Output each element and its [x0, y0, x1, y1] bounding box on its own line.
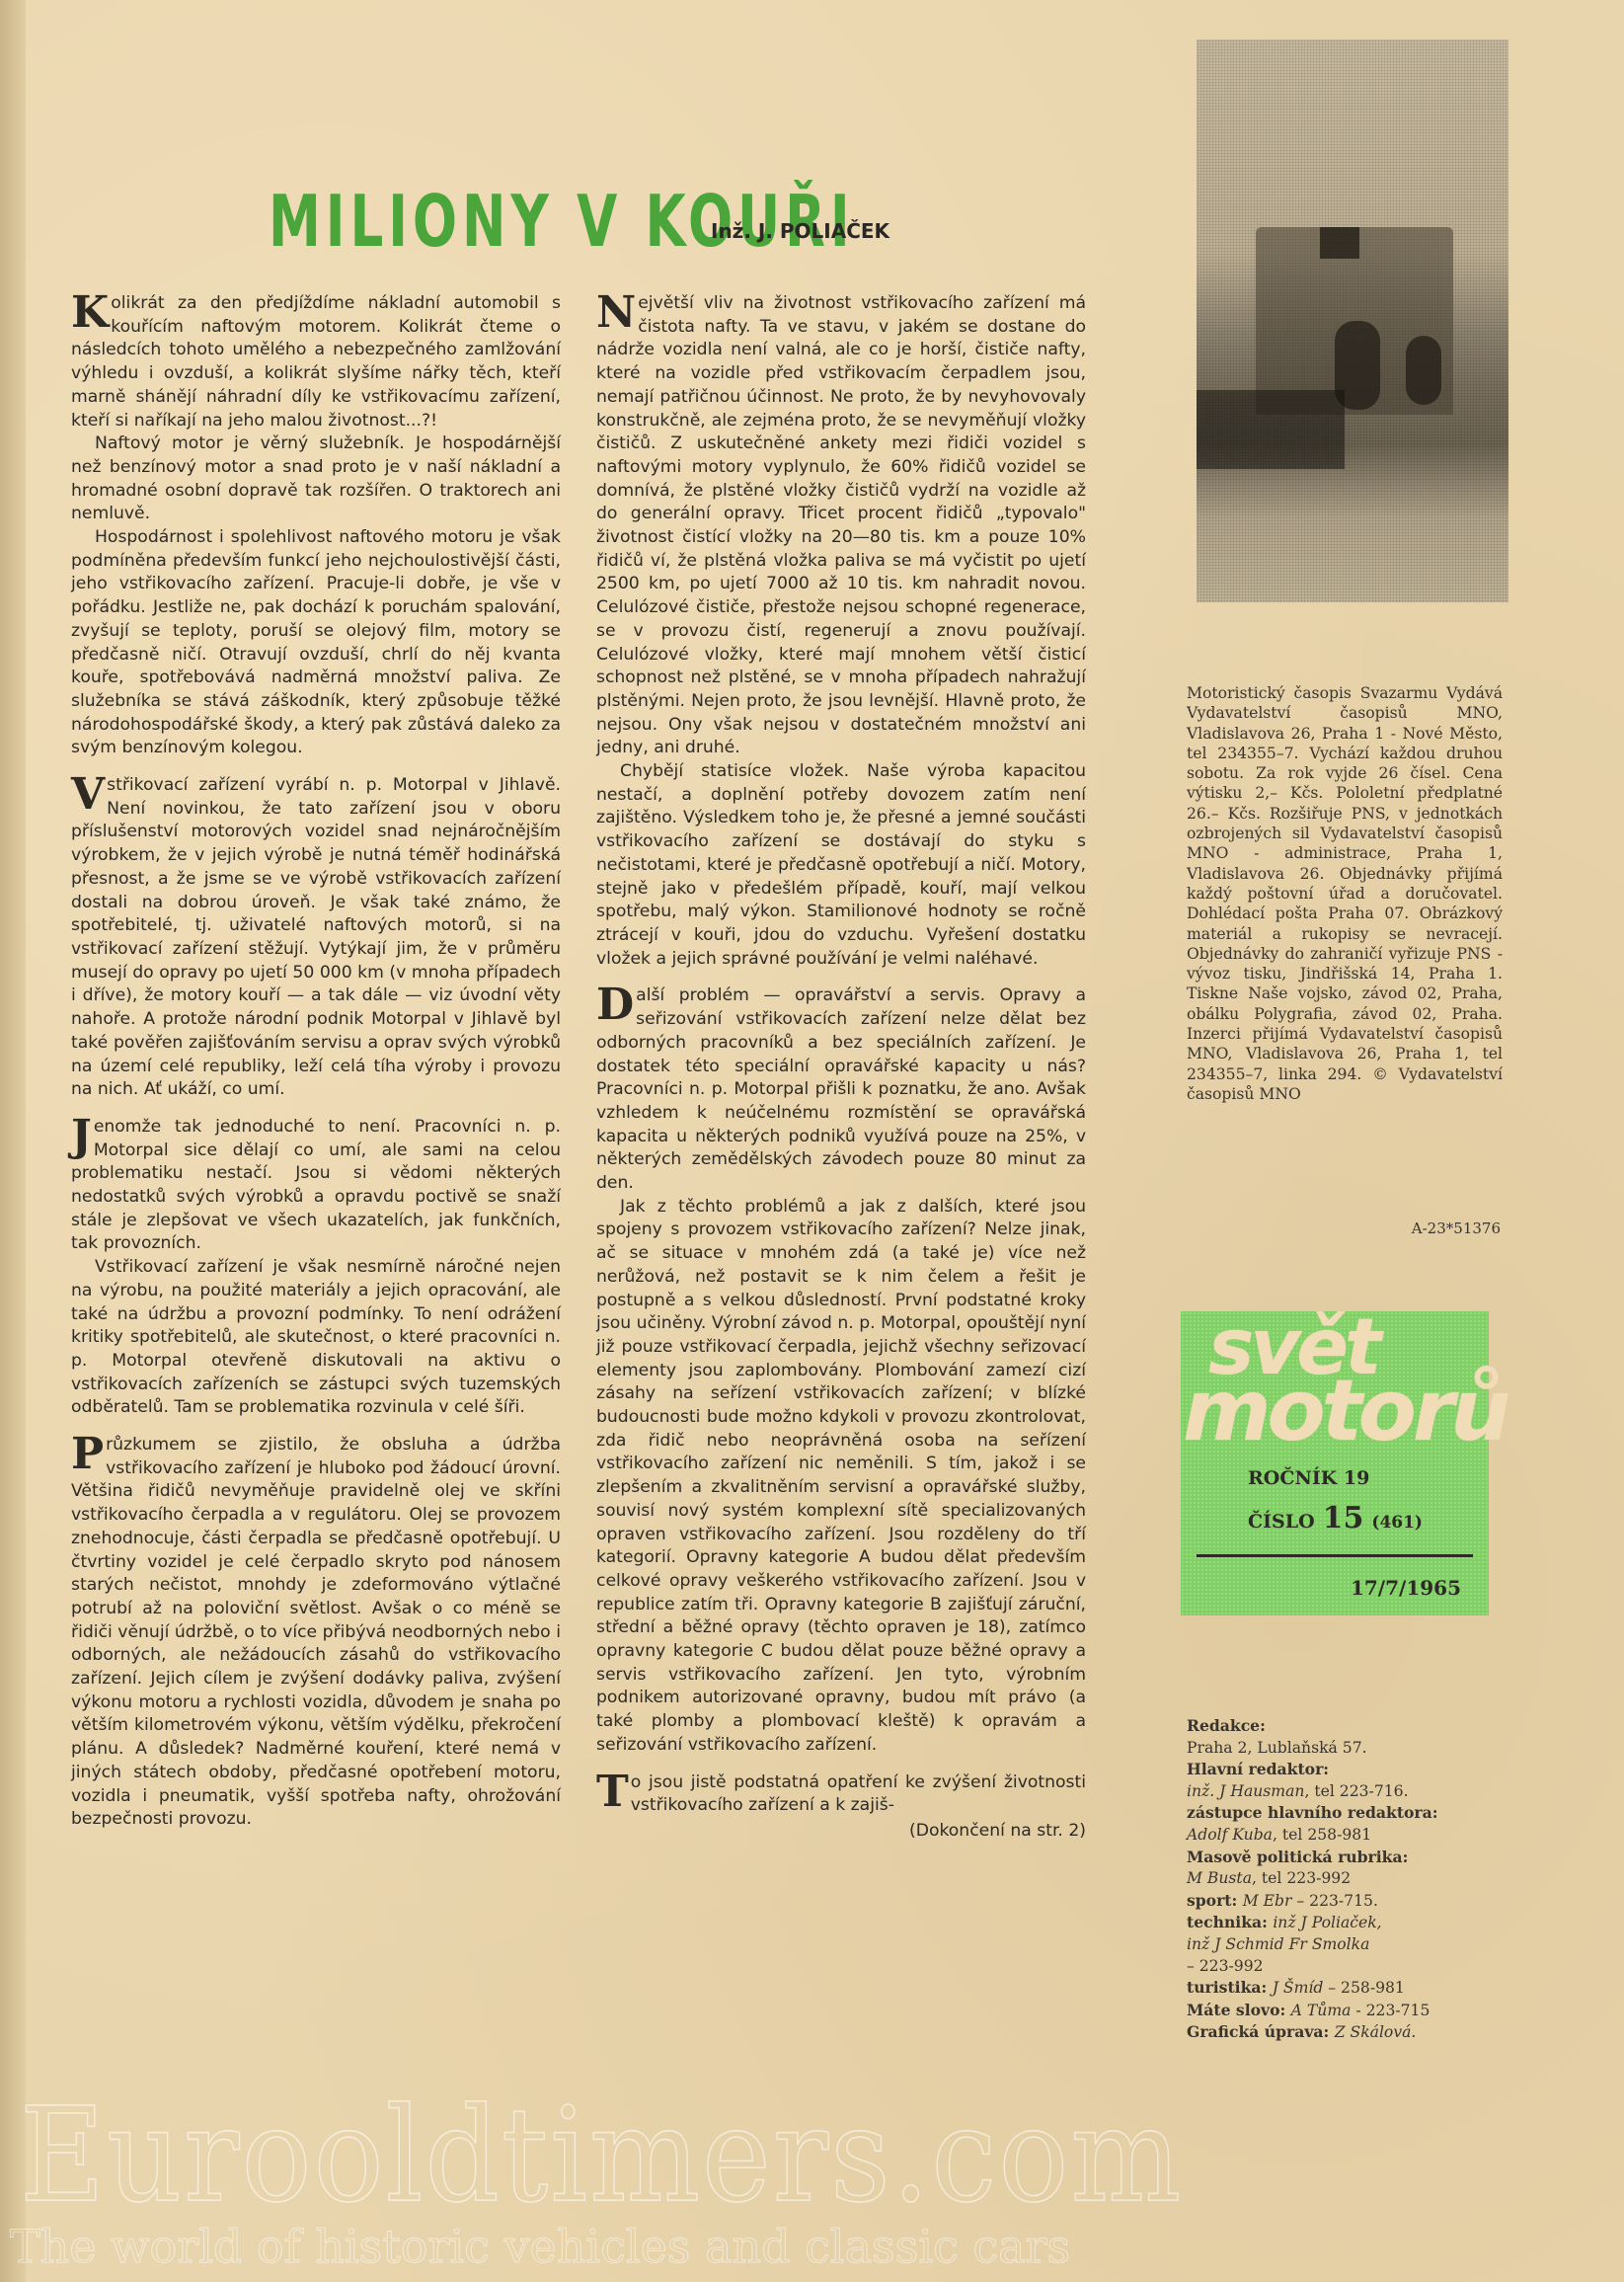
page-edge [0, 0, 26, 2282]
staff-label: Masově politická rubrika: [1187, 1848, 1408, 1866]
staff-row: technika: inž J Poliaček, [1187, 1912, 1512, 1934]
staff-name: inž J Poliaček, [1273, 1914, 1381, 1931]
masthead-logo: svět motorů ROČNÍK 19 ČÍSLO15(461) 17/7/… [1181, 1311, 1489, 1615]
article-paragraph: Jak z těchto problémů a jak z dalších, k… [596, 1196, 1086, 1758]
staff-row: Masově politická rubrika: [1187, 1847, 1512, 1869]
issue-date: 17/7/1965 [1351, 1576, 1461, 1600]
staff-value: Praha 2, Lublaňská 57. [1187, 1739, 1367, 1757]
staff-row: inž J Schmid Fr Smolka [1187, 1934, 1512, 1956]
staff-row: Hlavní redaktor: [1187, 1759, 1512, 1781]
staff-label: Máte slovo: [1187, 2001, 1291, 2019]
article-paragraph: Kolikrát za den předjíždíme nákladní aut… [71, 292, 561, 433]
truck-wheel-icon [1406, 336, 1441, 405]
staff-row: Redakce: [1187, 1715, 1512, 1738]
staff-name: J Šmíd [1273, 1979, 1324, 1997]
staff-value: , tel 223-716. [1304, 1782, 1408, 1800]
staff-value: , tel 258-981 [1273, 1826, 1371, 1844]
masthead-divider [1197, 1554, 1473, 1557]
truck-photo [1197, 39, 1508, 602]
article-paragraph: Průzkumem se zjistilo, že obsluha a údrž… [71, 1434, 561, 1832]
issue-label-text: ČÍSLO [1248, 1511, 1315, 1533]
staff-label: zástupce hlavního redaktora: [1187, 1803, 1438, 1822]
truck-window-shape [1320, 227, 1359, 259]
staff-name: M Busta [1187, 1869, 1252, 1887]
watermark-site: Eurooldtimers.com [20, 2079, 1183, 2232]
staff-label: technika: [1187, 1913, 1273, 1931]
staff-name: Z Skálová. [1335, 2023, 1417, 2041]
staff-label: Redakce: [1187, 1716, 1266, 1735]
staff-row: sport: M Ebr – 223-715. [1187, 1890, 1512, 1913]
staff-row: Praha 2, Lublaňská 57. [1187, 1738, 1512, 1760]
volume-label: ROČNÍK 19 [1248, 1467, 1369, 1489]
watermark-tagline: The world of historic vehicles and class… [10, 2220, 1070, 2273]
staff-name: inž. J Hausman [1187, 1782, 1304, 1800]
publisher-imprint: Motoristický časopis Svazarmu Vydává Vyd… [1187, 683, 1503, 1104]
staff-name: inž J Schmid Fr Smolka [1187, 1935, 1369, 1953]
staff-value: – 223-715. [1291, 1892, 1377, 1910]
staff-value: – 258-981 [1323, 1979, 1405, 1997]
staff-row: Máte slovo: A Tůma - 223-715 [1187, 2000, 1512, 2022]
article-paragraph: Hospodárnost i spolehlivost naftového mo… [71, 526, 561, 760]
continued-note: (Dokončení na str. 2) [596, 1820, 1086, 1844]
article-paragraph: Vstřikovací zařízení vyrábí n. p. Motorp… [71, 774, 561, 1102]
article-author: Inž. J. POLIAČEK [711, 219, 889, 243]
staff-label: Grafická úprava: [1187, 2022, 1335, 2041]
imprint-code: A-23*51376 [1362, 1220, 1501, 1237]
staff-value: – 223-992 [1187, 1957, 1264, 1975]
staff-row: – 223-992 [1187, 1956, 1512, 1978]
staff-row: Adolf Kuba, tel 258-981 [1187, 1825, 1512, 1847]
issue-number: 15 [1323, 1501, 1364, 1535]
article-paragraph: Největší vliv na životnost vstřikovacího… [596, 292, 1086, 760]
staff-row: zástupce hlavního redaktora: [1187, 1802, 1512, 1825]
staff-row: turistika: J Šmíd – 258-981 [1187, 1977, 1512, 2000]
staff-value: - 223-715 [1351, 2002, 1430, 2019]
staff-row: Grafická úprava: Z Skálová. [1187, 2021, 1512, 2044]
staff-label: Hlavní redaktor: [1187, 1760, 1329, 1778]
staff-label: turistika: [1187, 1978, 1273, 1997]
staff-label: sport: [1187, 1891, 1243, 1910]
article-paragraph: Naftový motor je věrný služebník. Je hos… [71, 433, 561, 526]
article-paragraph: Další problém — opravářství a servis. Op… [596, 984, 1086, 1195]
article-paragraph: Vstřikovací zařízení je však nesmírně ná… [71, 1256, 561, 1420]
article-paragraph: Chybějí statisíce vložek. Naše výroba ka… [596, 760, 1086, 971]
article-title: MILIONY V KOUŘI [269, 182, 787, 261]
truck-shadow-shape [1197, 390, 1345, 469]
staff-row: M Busta, tel 223-992 [1187, 1868, 1512, 1890]
staff-name: A Tůma [1291, 2002, 1352, 2019]
logo-word-motoru: motorů [1183, 1377, 1508, 1446]
article-column-1: Kolikrát za den předjíždíme nákladní aut… [71, 278, 561, 1832]
staff-row: inž. J Hausman, tel 223-716. [1187, 1781, 1512, 1803]
staff-value: , tel 223-992 [1252, 1869, 1351, 1887]
article-paragraph: To jsou jistě podstatná opatření ke zvýš… [596, 1771, 1086, 1818]
editorial-staff: Redakce:Praha 2, Lublaňská 57.Hlavní red… [1187, 1715, 1512, 2044]
issue-total: (461) [1371, 1513, 1423, 1533]
staff-name: Adolf Kuba [1187, 1826, 1273, 1844]
staff-name: M Ebr [1243, 1892, 1292, 1910]
issue-label: ČÍSLO15(461) [1248, 1501, 1423, 1535]
article-column-2: Největší vliv na životnost vstřikovacího… [596, 278, 1086, 1844]
article-paragraph: Jenomže tak jednoduché to není. Pracovní… [71, 1116, 561, 1256]
